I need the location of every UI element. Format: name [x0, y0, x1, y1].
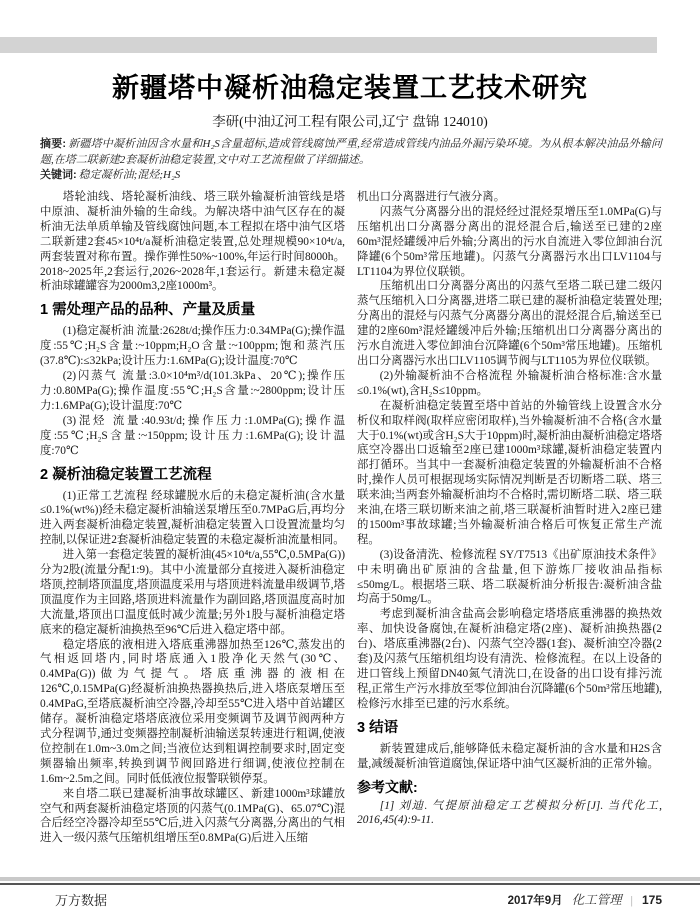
- paragraph-cleaning-flow: (3)设备清洗、检修流程 SY/T7513《出矿原油技术条件》中未明确出矿原油的…: [357, 548, 662, 608]
- section-3-heading: 3 结语: [357, 719, 662, 738]
- right-column: 机出口分离器进行气液分离。 闪蒸气分离器分出的混烃经过混烃泵增压至1.0MPa(…: [357, 190, 662, 878]
- paragraph-intro: 塔轮油线、塔轮凝析油线、塔三联外输凝析油管线是塔中原油、凝析油外输的生命线。为解…: [40, 190, 345, 294]
- paragraph-unqualified-detail: 在凝析油稳定装置至塔中首站的外输管线上设置含水分析仪和取样阀(取样应密闭取样),…: [357, 399, 662, 548]
- paragraph-mixed-hydrocarbon: 闪蒸气分离器分出的混烃经过混烃泵增压至1.0MPa(G)与压缩机出口分离器分离出…: [357, 205, 662, 280]
- keywords-text: 稳定凝析油;混烃;H₂S: [79, 169, 181, 181]
- body-columns: 塔轮油线、塔轮凝析油线、塔三联外输凝析油管线是塔中原油、凝析油外输的生命线。为解…: [40, 190, 662, 878]
- paragraph-first-unit: 进入第一套稳定装置的凝析油(45×10⁴t/a,55℃,0.5MPa(G))分为…: [40, 548, 345, 637]
- footer-issue-date: 2017年9月: [508, 892, 563, 908]
- author-line: 李研(中油辽河工程有限公司,辽宁 盘锦 124010): [0, 110, 700, 130]
- footer-separator: |: [631, 895, 633, 907]
- paragraph-flash-gas: 来自塔二联已建凝析油事故球罐区、新建1000m³球罐放空气和两套凝析油稳定塔顶的…: [40, 787, 345, 847]
- paragraph-product-2: (2)闪蒸气 流量:3.0×10⁴m³/d(101.3kPa、20℃);操作压力…: [40, 369, 345, 414]
- abstract-label: 摘要:: [40, 138, 66, 150]
- footer-page-number: 175: [642, 893, 662, 907]
- paragraph-normal-flow: (1)正常工艺流程 经球罐脱水后的未稳定凝析油(含水量≤0.1%(wt%))经未…: [40, 489, 345, 549]
- section-1-heading: 1 需处理产品的品种、产量及质量: [40, 301, 345, 320]
- footer-journal-name: 化工管理: [572, 890, 622, 908]
- paragraph-tower-bottom: 稳定塔底的液相进入塔底重沸器加热至126℃,蒸发出的气相返回塔内,同时塔底通入1…: [40, 638, 345, 787]
- section-2-heading: 2 凝析油稳定装置工艺流程: [40, 466, 345, 485]
- paragraph-unqualified-standard: (2)外输凝析油不合格流程 外输凝析油合格标准:含水量≤0.1%(wt),含H₂…: [357, 369, 662, 399]
- paragraph-product-1: (1)稳定凝析油 流量:2628t/d;操作压力:0.34MPa(G);操作温度…: [40, 324, 345, 369]
- footer-rule-light: [0, 877, 700, 881]
- paragraph-continuation: 机出口分离器进行气液分离。: [357, 190, 662, 205]
- paragraph-salt-content: 考虑到凝析油含盐高会影响稳定塔塔底重沸器的换热效率、加快设备腐蚀,在凝析油稳定塔…: [357, 607, 662, 711]
- reference-item-1: [1] 刘迪. 气提原油稳定工艺模拟分析[J]. 当代化工, 2016,45(4…: [357, 799, 662, 829]
- footer-rule-dark: [0, 883, 700, 885]
- paragraph-product-3: (3)混烃 流量:40.93t/d;操作压力:1.0MPa(G);操作温度:55…: [40, 414, 345, 459]
- abstract-text: 新疆塔中凝析油因含水量和H₂S含量超标,造成管线腐蚀严重,经常造成管线内油品外漏…: [40, 138, 662, 166]
- paragraph-conclusion: 新装置建成后,能够降低未稳定凝析油的含水量和H2S含量,减缓凝析油管道腐蚀,保证…: [357, 742, 662, 772]
- paragraph-compressor-separator: 压缩机出口分离器分离出的闪蒸气至塔二联已建二级闪蒸气压缩机入口分离器,进塔二联已…: [357, 279, 662, 368]
- references-heading: 参考文献:: [357, 778, 662, 796]
- footer-right: 2017年9月 化工管理 | 175: [508, 890, 662, 908]
- wanfang-watermark: 万方数据: [55, 890, 107, 909]
- keywords: 关键词:稳定凝析油;混烃;H₂S: [40, 168, 662, 184]
- left-column: 塔轮油线、塔轮凝析油线、塔三联外输凝析油管线是塔中原油、凝析油外输的生命线。为解…: [40, 190, 345, 878]
- abstract: 摘要:新疆塔中凝析油因含水量和H₂S含量超标,造成管线腐蚀严重,经常造成管线内油…: [40, 137, 662, 168]
- article-meta: 摘要:新疆塔中凝析油因含水量和H₂S含量超标,造成管线腐蚀严重,经常造成管线内油…: [40, 137, 662, 184]
- page-title: 新疆塔中凝析油稳定装置工艺技术研究: [0, 66, 700, 105]
- redacted-header-band: [0, 37, 657, 53]
- keywords-label: 关键词:: [40, 169, 77, 181]
